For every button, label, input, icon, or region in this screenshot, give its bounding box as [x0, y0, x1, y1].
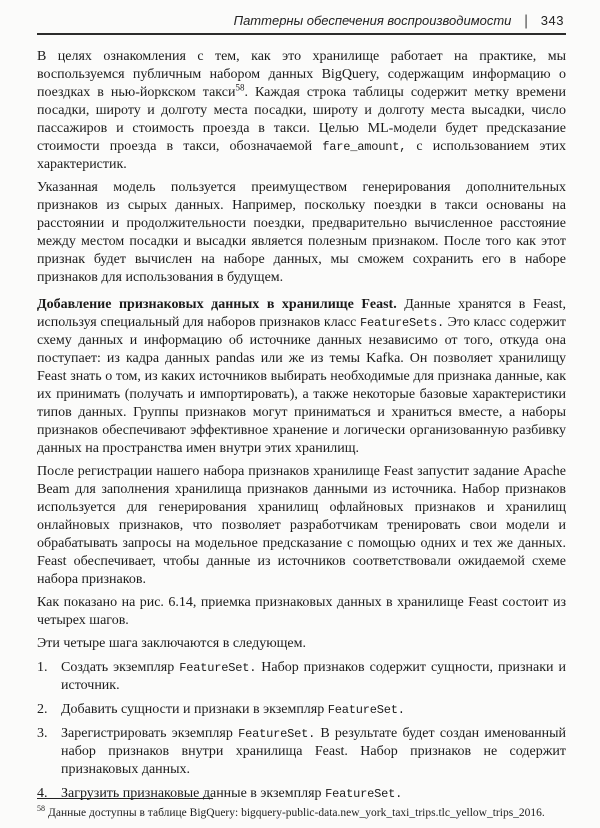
list-number: 1. — [37, 659, 61, 695]
footnote-rule — [37, 798, 213, 799]
text-run: Указанная модель пользуется преимущество… — [37, 180, 566, 285]
list-item-text: Создать экземпляр FeatureSet. Набор приз… — [61, 659, 566, 695]
running-head-separator: | — [524, 12, 527, 29]
list-item-text: Добавить сущности и признаки в экземпляр… — [61, 701, 566, 719]
paragraph: Указанная модель пользуется преимущество… — [37, 179, 566, 287]
running-head: Паттерны обеспечения воспроизводимости |… — [37, 13, 566, 28]
list-item: 1.Создать экземпляр FeatureSet. Набор пр… — [37, 659, 566, 695]
text-run-code: fare_amount, — [322, 140, 406, 154]
page-number: 343 — [541, 13, 564, 28]
text-run: Это класс содержит схему данных и информ… — [37, 315, 566, 456]
text-run-code: FeatureSet. — [328, 703, 405, 717]
paragraph: В целях ознакомления с тем, как это хран… — [37, 48, 566, 174]
paragraph: После регистрации нашего набора признако… — [37, 463, 566, 589]
text-run: Добавить сущности и признаки в экземпляр — [61, 702, 328, 717]
text-run-code: FeatureSet. — [238, 727, 315, 741]
text-run-code: FeatureSets. — [360, 316, 444, 330]
text-run-code: FeatureSet. — [179, 661, 256, 675]
list-number: 2. — [37, 701, 61, 719]
header-rule — [37, 33, 566, 35]
book-page: Паттерны обеспечения воспроизводимости |… — [0, 0, 600, 828]
text-run: Эти четыре шага заключаются в следующем. — [37, 636, 306, 651]
text-run: Создать экземпляр — [61, 660, 179, 675]
page-body: В целях ознакомления с тем, как это хран… — [37, 48, 566, 803]
text-run-bold: Добавление признаковых данных в хранилищ… — [37, 297, 397, 312]
paragraph: Эти четыре шага заключаются в следующем. — [37, 635, 566, 653]
footnote-marker: 58 — [37, 804, 45, 813]
paragraph: Добавление признаковых данных в хранилищ… — [37, 296, 566, 458]
running-head-title: Паттерны обеспечения воспроизводимости — [234, 13, 512, 28]
footnote-line: 58Данные доступны в таблице BigQuery: bi… — [37, 806, 566, 820]
paragraph: Как показано на рис. 6.14, приемка призн… — [37, 594, 566, 630]
list-number: 3. — [37, 725, 61, 779]
footnote-text: Данные доступны в таблице BigQuery: bigq… — [48, 807, 545, 819]
list-item: 2.Добавить сущности и признаки в экземпл… — [37, 701, 566, 719]
text-run: После регистрации нашего набора признако… — [37, 464, 566, 587]
text-run: Зарегистрировать экземпляр — [61, 726, 238, 741]
footnote: 58Данные доступны в таблице BigQuery: bi… — [37, 798, 566, 820]
text-run: Как показано на рис. 6.14, приемка призн… — [37, 595, 566, 628]
list-item-text: Зарегистрировать экземпляр FeatureSet. В… — [61, 725, 566, 779]
list-item: 3.Зарегистрировать экземпляр FeatureSet.… — [37, 725, 566, 779]
